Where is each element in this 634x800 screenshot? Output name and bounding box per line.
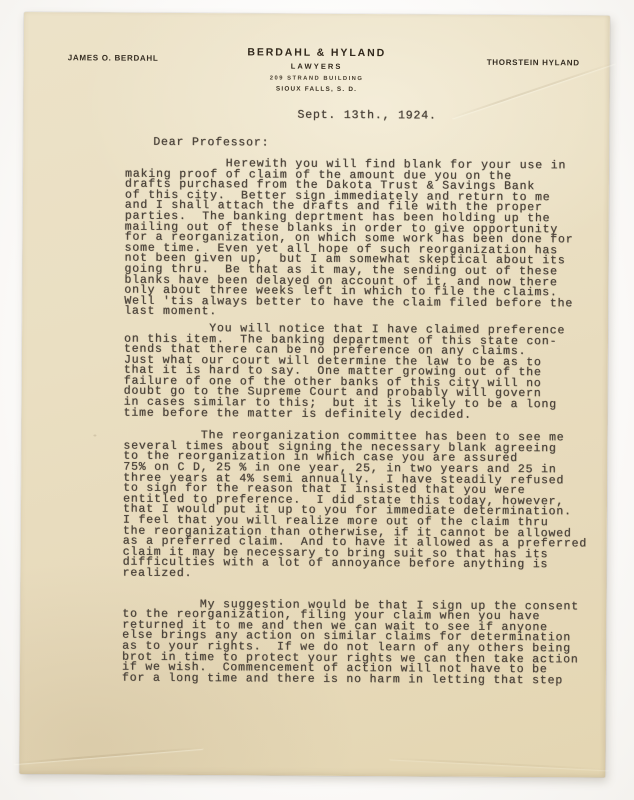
letterhead-right-name: THORSTEIN HYLAND: [487, 58, 580, 68]
letter-date: Sept. 13th., 1924.: [297, 111, 436, 122]
fold-crease-bottom-left: [14, 747, 204, 764]
firm-address-line1: 209 STRAND BUILDING: [24, 74, 610, 84]
letter-salutation: Dear Professor:: [153, 138, 269, 149]
scan-background: JAMES O. BERDAHL BERDAHL & HYLAND LAWYER…: [0, 0, 634, 800]
letter-paragraph-1: Herewith you will find blank for your us…: [124, 159, 589, 321]
letter-body: Herewith you will find blank for your us…: [122, 159, 589, 687]
letterhead-firm-block: BERDAHL & HYLAND LAWYERS 209 STRAND BUIL…: [24, 45, 610, 95]
firm-address-line2: SIOUX FALLS, S. D.: [24, 84, 610, 95]
letter-paragraph-2: You will notice that I have claimed pref…: [124, 324, 589, 422]
fold-crease-bottom-right: [390, 757, 610, 770]
letter-paragraph-3: The reorganization committee has been to…: [123, 431, 588, 582]
paper-speck: [93, 434, 96, 436]
letter-paragraph-4: My suggestion would be that I sign up th…: [122, 599, 587, 687]
letter-page: JAMES O. BERDAHL BERDAHL & HYLAND LAWYER…: [19, 12, 610, 778]
